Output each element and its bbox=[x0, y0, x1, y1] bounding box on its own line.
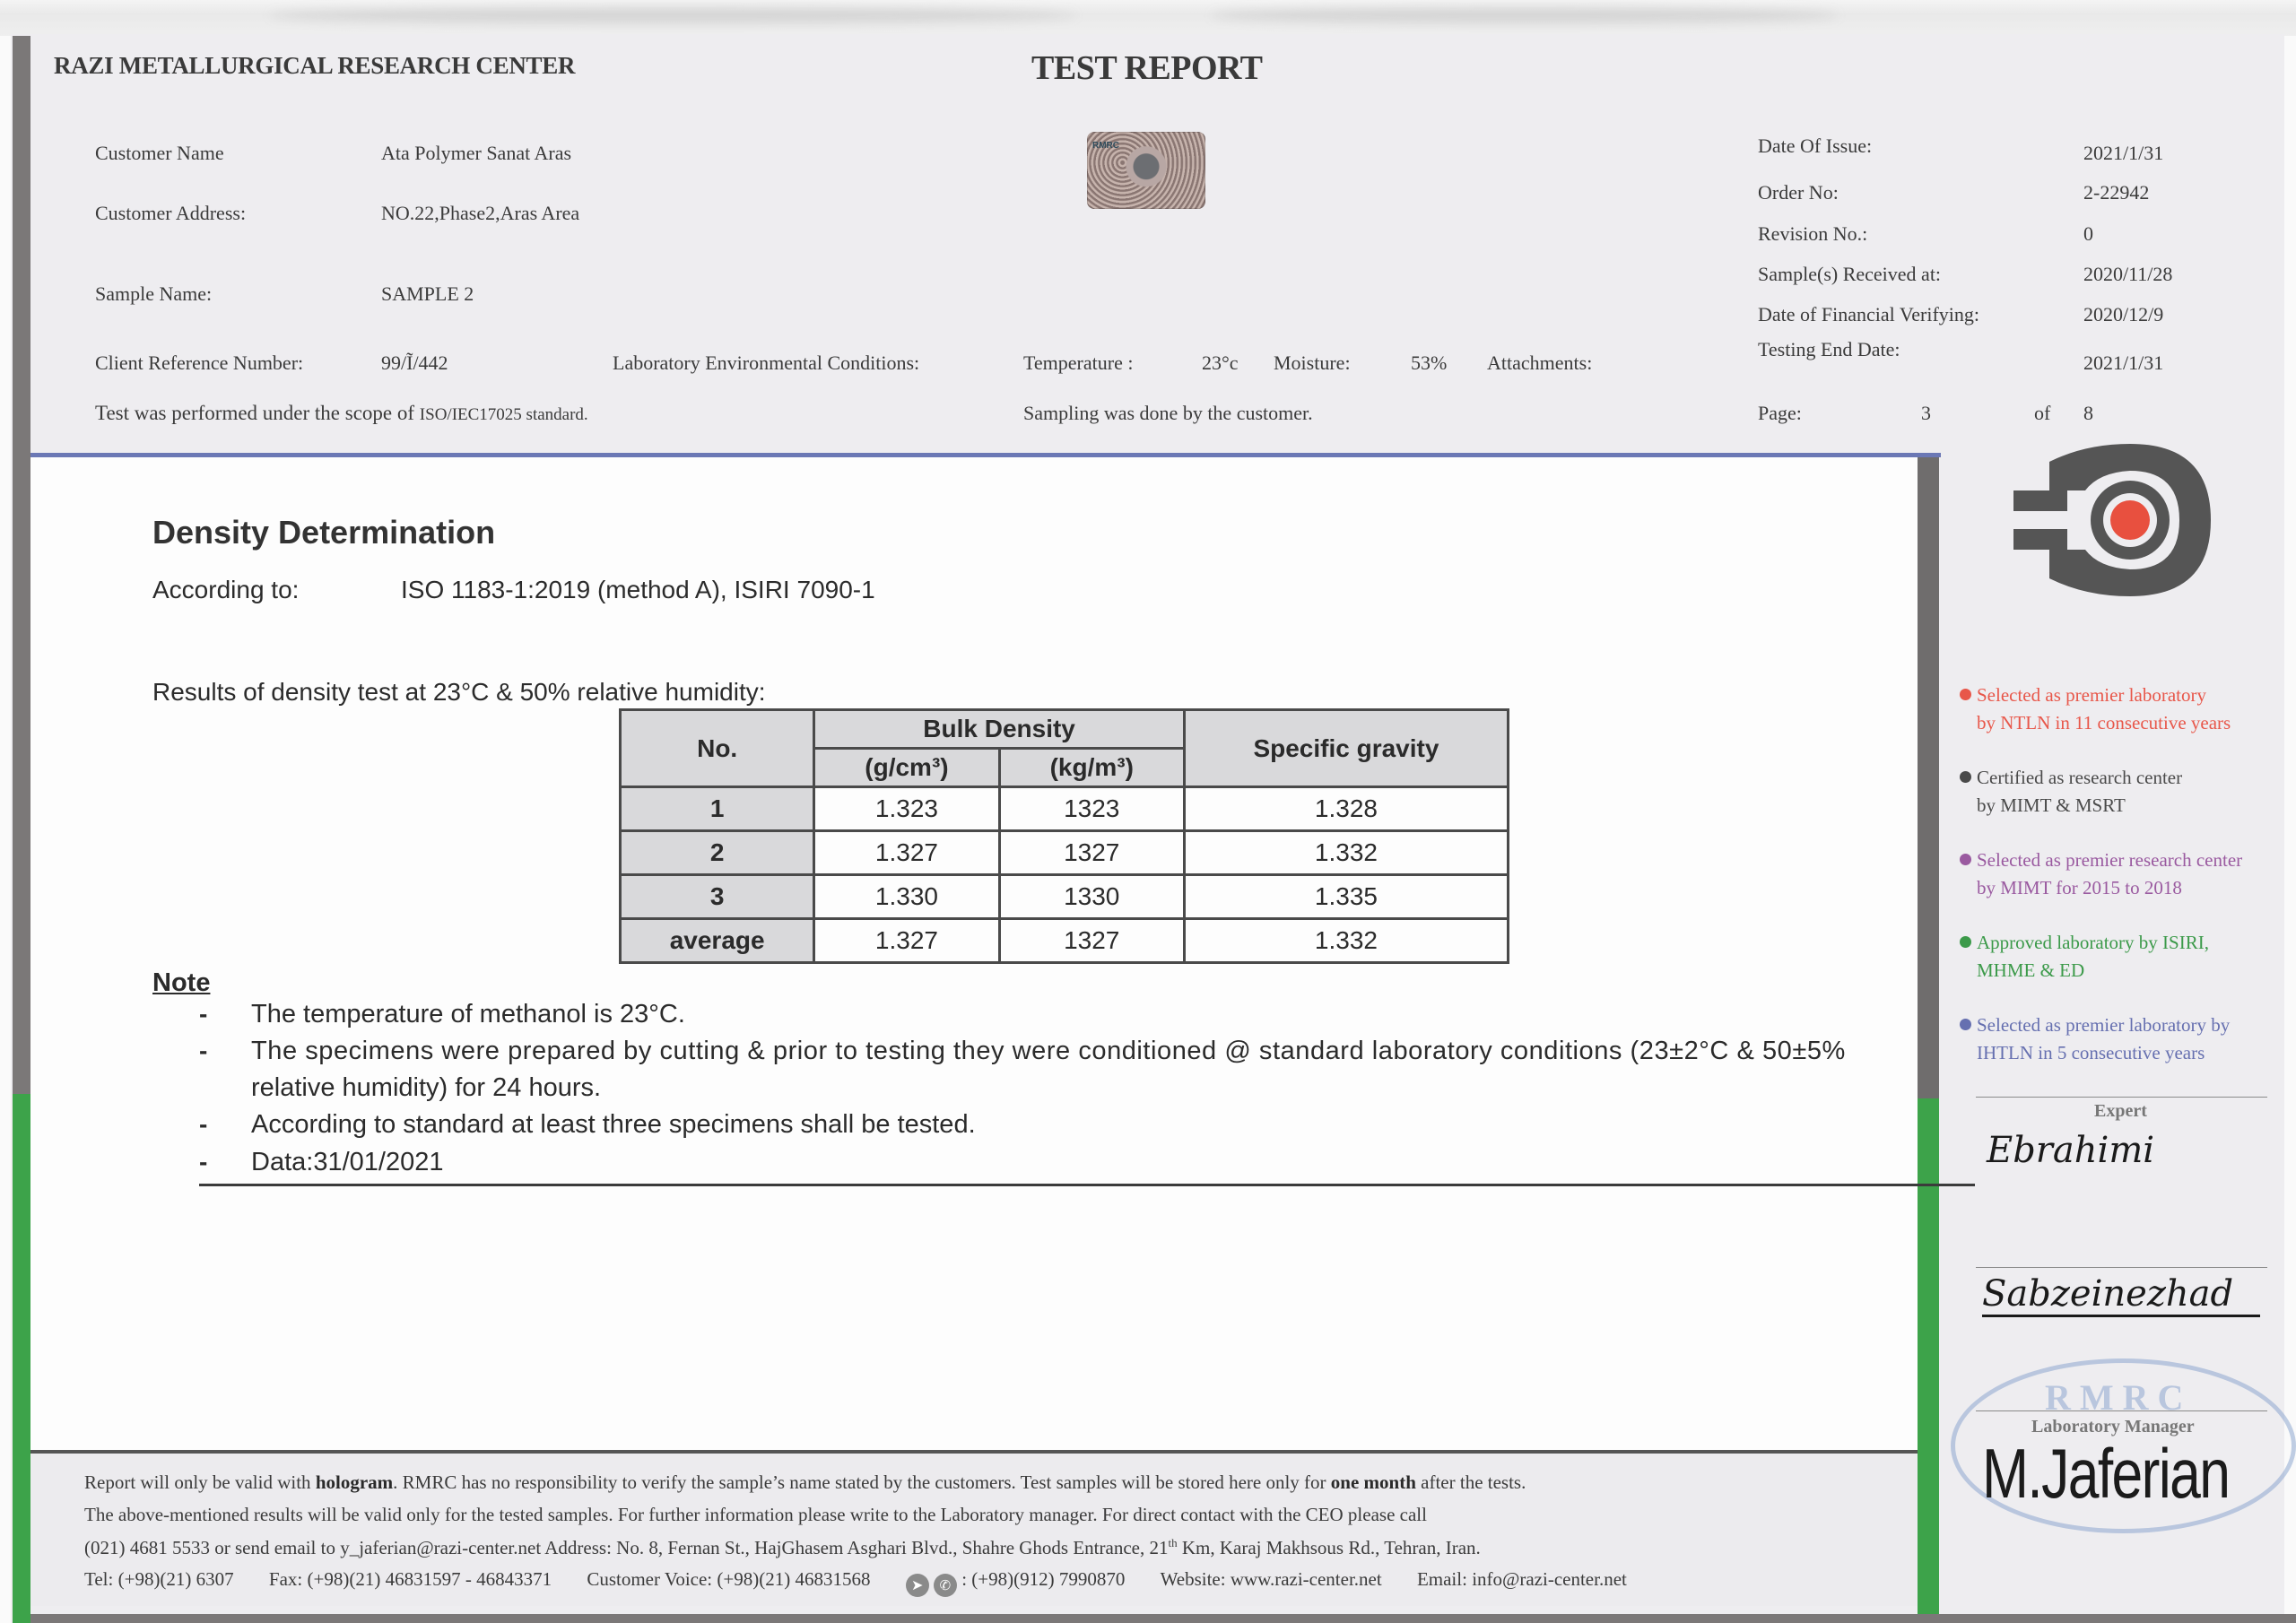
bullet-dash: - bbox=[199, 1148, 207, 1176]
cell-gcm3: 1.327 bbox=[814, 919, 999, 963]
according-value: ISO 1183-1:2019 (method A), ISIRI 7090-1 bbox=[401, 576, 875, 604]
footer-emphasis: hologram bbox=[316, 1471, 393, 1493]
footer-tel: Tel: (+98)(21) 6307 bbox=[84, 1568, 234, 1590]
moisture-value: 53% bbox=[1411, 352, 1447, 375]
page-label: Page: bbox=[1758, 402, 1802, 425]
accolade-line: by NTLN in 11 consecutive years bbox=[1977, 712, 2231, 733]
attachments-label: Attachments: bbox=[1487, 352, 1592, 375]
bullet-dot-icon bbox=[1960, 1019, 1971, 1030]
table-body: 11.32313231.32821.32713271.33231.3301330… bbox=[621, 787, 1509, 963]
footer-address: Km, Karaj Makhsous Rd., Tehran, Iran. bbox=[1178, 1537, 1481, 1558]
accolade-line: IHTLN in 5 consecutive years bbox=[1977, 1042, 2205, 1063]
page-of: of bbox=[2034, 402, 2050, 425]
scope-standard: ISO/IEC17025 standard. bbox=[420, 405, 588, 424]
scan-smudge bbox=[269, 7, 1076, 23]
col-header-specific-gravity: Specific gravity bbox=[1184, 710, 1508, 787]
sampling-statement: Sampling was done by the customer. bbox=[1023, 402, 1313, 425]
density-results-table: No. Bulk Density Specific gravity (g/cm³… bbox=[619, 708, 1509, 964]
technical-signature: Sabzeinezhad bbox=[1982, 1273, 2260, 1317]
date-of-issue-label: Date Of Issue: bbox=[1758, 135, 1872, 158]
accolade-line: Selected as premier laboratory bbox=[1977, 684, 2206, 706]
footer-contact-line: Tel: (+98)(21) 6307 Fax: (+98)(21) 46831… bbox=[84, 1568, 1627, 1597]
table-row: average1.32713271.332 bbox=[621, 919, 1509, 963]
signature-line bbox=[1976, 1267, 2267, 1268]
note-item-continued: relative humidity) for 24 hours. bbox=[251, 1073, 601, 1103]
left-border-gray bbox=[13, 36, 30, 1094]
temperature-label: Temperature : bbox=[1023, 352, 1133, 375]
according-label: According to: bbox=[152, 576, 299, 604]
accolade-line: by MIMT for 2015 to 2018 bbox=[1977, 877, 2182, 898]
whatsapp-icon: ✆ bbox=[934, 1574, 957, 1597]
cell-kgm3: 1323 bbox=[999, 787, 1184, 831]
scan-margin bbox=[0, 0, 2296, 36]
customer-name-value: Ata Polymer Sanat Aras bbox=[381, 142, 571, 165]
scope-statement: Test was performed under the scope of IS… bbox=[95, 402, 588, 425]
footer-sup: th bbox=[1168, 1536, 1177, 1549]
cell-specific-gravity: 1.328 bbox=[1184, 787, 1508, 831]
received-value: 2020/11/28 bbox=[2083, 263, 2172, 286]
sample-name-label: Sample Name: bbox=[95, 282, 212, 306]
table-row: 11.32313231.328 bbox=[621, 787, 1509, 831]
col-header-no: No. bbox=[621, 710, 814, 787]
rmrc-logo-icon bbox=[2013, 444, 2215, 596]
section-title: Density Determination bbox=[152, 514, 495, 551]
signature-line bbox=[1976, 1097, 2267, 1098]
customer-address-label: Customer Address: bbox=[95, 202, 246, 225]
scan-smudge bbox=[1211, 7, 1839, 23]
expert-label: Expert bbox=[2094, 1101, 2147, 1122]
testing-end-label: Testing End Date: bbox=[1758, 338, 1900, 361]
accolade-line: Certified as research center bbox=[1977, 767, 2182, 788]
accolade-line: by MIMT & MSRT bbox=[1977, 794, 2126, 816]
cell-specific-gravity: 1.335 bbox=[1184, 875, 1508, 919]
organization-name: RAZI METALLURGICAL RESEARCH CENTER bbox=[54, 52, 575, 80]
footer-address: (021) 4681 5533 or send email to y_jafer… bbox=[84, 1537, 1168, 1558]
temperature-value: 23°c bbox=[1202, 352, 1239, 375]
accolade-item: Selected as premier laboratoryby NTLN in… bbox=[1960, 681, 2231, 737]
cell-specific-gravity: 1.332 bbox=[1184, 919, 1508, 963]
notes-divider bbox=[199, 1184, 1975, 1186]
col-header-kgm3: (kg/m³) bbox=[999, 749, 1184, 787]
order-no-label: Order No: bbox=[1758, 181, 1839, 204]
page-current: 3 bbox=[1921, 402, 1931, 425]
signature-line bbox=[1976, 1410, 2267, 1411]
hologram-text: RMRC bbox=[1092, 141, 1119, 151]
bullet-dash: - bbox=[199, 1037, 207, 1065]
note-date: Data:31/01/2021 bbox=[251, 1148, 443, 1177]
footer-customer-voice: Customer Voice: (+98)(21) 46831568 bbox=[587, 1568, 870, 1590]
cell-no: 1 bbox=[621, 787, 814, 831]
footer-email[interactable]: Email: info@razi-center.net bbox=[1417, 1568, 1627, 1590]
expert-signature: Ebrahimi bbox=[1987, 1130, 2154, 1171]
cell-gcm3: 1.327 bbox=[814, 831, 999, 875]
moisture-label: Moisture: bbox=[1274, 352, 1351, 375]
cell-kgm3: 1327 bbox=[999, 831, 1184, 875]
accolade-line: Approved laboratory by ISIRI, bbox=[1977, 932, 2209, 953]
footer-messenger: : (+98)(912) 7990870 bbox=[961, 1568, 1125, 1590]
accolade-line: Selected as premier research center bbox=[1977, 849, 2242, 871]
cell-gcm3: 1.323 bbox=[814, 787, 999, 831]
client-ref-label: Client Reference Number: bbox=[95, 352, 303, 375]
footer-address-line: (021) 4681 5533 or send email to y_jafer… bbox=[84, 1536, 1481, 1559]
left-border-green bbox=[13, 1094, 30, 1623]
right-border-green bbox=[1918, 1098, 1939, 1623]
footer-emphasis: one month bbox=[1331, 1471, 1416, 1493]
results-intro: Results of density test at 23°C & 50% re… bbox=[152, 678, 766, 707]
bullet-dash: - bbox=[199, 1110, 207, 1139]
footer-text: Report will only be valid with bbox=[84, 1471, 316, 1493]
col-header-gcm3: (g/cm³) bbox=[814, 749, 999, 787]
lab-env-label: Laboratory Environmental Conditions: bbox=[613, 352, 919, 375]
received-label: Sample(s) Received at: bbox=[1758, 263, 1941, 286]
client-ref-value: 99/Ĩ/442 bbox=[381, 352, 448, 375]
footer-validity-line: Report will only be valid with hologram.… bbox=[84, 1471, 1526, 1494]
bullet-dot-icon bbox=[1960, 771, 1971, 783]
telegram-icon: ➤ bbox=[906, 1574, 929, 1597]
col-header-bulk-density: Bulk Density bbox=[814, 710, 1185, 749]
cell-kgm3: 1327 bbox=[999, 919, 1184, 963]
accolade-item: Selected as premier research centerby MI… bbox=[1960, 846, 2242, 902]
sample-name-value: SAMPLE 2 bbox=[381, 282, 474, 306]
table-row: 31.33013301.335 bbox=[621, 875, 1509, 919]
footer-fax: Fax: (+98)(21) 46831597 - 46843371 bbox=[269, 1568, 552, 1590]
bullet-dot-icon bbox=[1960, 689, 1971, 700]
accolade-line: MHME & ED bbox=[1977, 959, 2084, 981]
accolade-item: Approved laboratory by ISIRI,MHME & ED bbox=[1960, 929, 2209, 985]
footer: Report will only be valid with hologram.… bbox=[30, 1454, 1918, 1606]
cell-no: 2 bbox=[621, 831, 814, 875]
stamp-text: RMRC bbox=[2045, 1376, 2192, 1419]
note-item: The temperature of methanol is 23°C. bbox=[251, 1000, 685, 1029]
page-total: 8 bbox=[2083, 402, 2093, 425]
manager-signature: M.Jaferian bbox=[1982, 1433, 2229, 1515]
cell-no: 3 bbox=[621, 875, 814, 919]
order-no-value: 2-22942 bbox=[2083, 181, 2149, 204]
right-border-gray bbox=[1918, 457, 1939, 1098]
bottom-border bbox=[30, 1614, 2296, 1623]
bullet-dash: - bbox=[199, 1000, 207, 1028]
customer-name-label: Customer Name bbox=[95, 142, 224, 165]
bullet-dot-icon bbox=[1960, 936, 1971, 948]
cell-specific-gravity: 1.332 bbox=[1184, 831, 1508, 875]
note-item: The specimens were prepared by cutting &… bbox=[251, 1037, 1846, 1066]
footer-info-line: The above-mentioned results will be vali… bbox=[84, 1504, 1427, 1526]
testing-end-value: 2021/1/31 bbox=[2083, 352, 2163, 375]
accolade-item: Selected as premier laboratory byIHTLN i… bbox=[1960, 1011, 2230, 1067]
bullet-dot-icon bbox=[1960, 854, 1971, 865]
cell-no: average bbox=[621, 919, 814, 963]
financial-value: 2020/12/9 bbox=[2083, 303, 2163, 326]
footer-text: . RMRC has no responsibility to verify t… bbox=[393, 1471, 1331, 1493]
hologram-seal-icon: RMRC bbox=[1087, 132, 1205, 209]
accolade-item: Certified as research centerby MIMT & MS… bbox=[1960, 764, 2182, 820]
scope-text: Test was performed under the scope of bbox=[95, 402, 420, 424]
revision-label: Revision No.: bbox=[1758, 222, 1867, 246]
accolade-line: Selected as premier laboratory by bbox=[1977, 1014, 2230, 1036]
cell-kgm3: 1330 bbox=[999, 875, 1184, 919]
revision-value: 0 bbox=[2083, 222, 2093, 246]
table-row: 21.32713271.332 bbox=[621, 831, 1509, 875]
footer-text: after the tests. bbox=[1416, 1471, 1526, 1493]
date-of-issue-value: 2021/1/31 bbox=[2083, 142, 2163, 165]
note-title: Note bbox=[152, 968, 210, 998]
financial-label: Date of Financial Verifying: bbox=[1758, 303, 1979, 326]
cell-gcm3: 1.330 bbox=[814, 875, 999, 919]
footer-website[interactable]: Website: www.razi-center.net bbox=[1161, 1568, 1382, 1590]
note-item: According to standard at least three spe… bbox=[251, 1110, 976, 1140]
customer-address-value: NO.22,Phase2,Aras Area bbox=[381, 202, 579, 225]
report-title: TEST REPORT bbox=[1031, 48, 1263, 88]
